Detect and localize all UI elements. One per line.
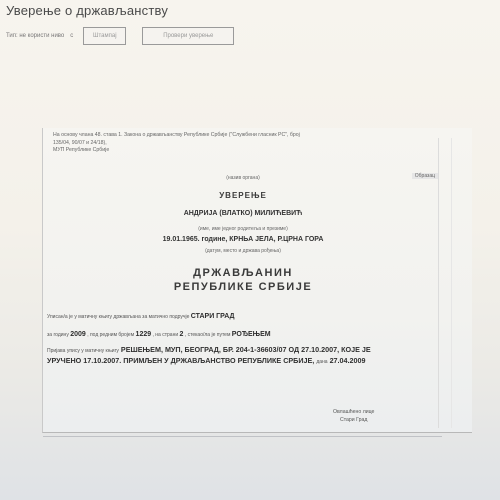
page-title: Уверење о држављанству [6, 3, 168, 18]
basis-date: 27.04.2009 [330, 356, 366, 365]
registry-district: СТАРИ ГРАД [191, 313, 235, 320]
certificate-title: УВЕРЕЊЕ [43, 191, 443, 200]
signature-line-1: Овлашћено лице [333, 408, 374, 416]
registry-district-row: Уписан/а је у матичну књигу држављана за… [47, 313, 235, 320]
type-separator: с [70, 33, 73, 39]
acquired-by: РОЂЕЊЕМ [232, 331, 271, 338]
signature-line-2: Стари Град [333, 416, 374, 424]
full-name: АНДРИЈА (ВЛАТКО) МИЛИЋЕВИЋ [43, 210, 443, 217]
citizen-line-2: РЕПУБЛИКЕ СРБИЈЕ [43, 281, 443, 293]
document-bottom-border [43, 436, 442, 437]
registry-number: 1229 [136, 331, 152, 338]
registry-year: 2009 [70, 331, 86, 338]
name-caption: (име, име једног родитеља и презиме) [43, 226, 443, 232]
registry-page: 2 [180, 331, 184, 338]
certificate-document: На основу члана 48. става 1. Закона о др… [42, 128, 472, 433]
check-certificate-button[interactable]: Провери уверење [142, 27, 234, 45]
basis-paragraph: Пријава упису у матичну књигу РЕШЕЊЕМ, М… [47, 345, 387, 367]
header-line: 135/04, 90/07 и 24/18), [53, 140, 413, 148]
print-button[interactable]: Штампај [83, 27, 126, 45]
toolbar: Тип: не користи ниво с Штампај Провери у… [6, 27, 234, 45]
issuer-note: (назив органа) [43, 175, 443, 181]
citizen-line-1: ДРЖАВЉАНИН [43, 267, 443, 279]
signature-block: Овлашћено лице Стари Град [333, 408, 374, 424]
document-legal-header: На основу члана 48. става 1. Закона о др… [53, 132, 413, 155]
header-line: На основу члана 48. става 1. Закона о др… [53, 132, 413, 140]
birth-details: 19.01.1965. године, КРНЬА ЈЕЛА, Р.ЦРНА Г… [43, 236, 443, 243]
header-line: МУП Републике Србије [53, 147, 413, 155]
registry-number-row: за годину 2009 , под редним бројем 1229 … [47, 331, 271, 338]
birth-caption: (датум, место и држава рођења) [43, 248, 443, 254]
type-label: Тип: не користи ниво [6, 33, 64, 39]
